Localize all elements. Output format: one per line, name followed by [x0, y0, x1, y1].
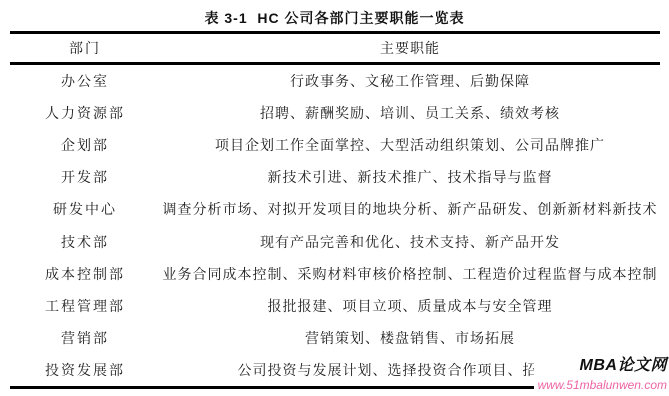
functions-cell: 现有产品完善和优化、技术支持、新产品开发	[160, 232, 660, 252]
department-cell: 办公室	[10, 71, 160, 91]
functions-cell: 营销策划、楼盘销售、市场拓展	[160, 328, 660, 348]
functions-cell: 新技术引进、新技术推广、技术指导与监督	[160, 167, 660, 187]
department-cell: 营销部	[10, 328, 160, 348]
table-row: 营销部 营销策划、楼盘销售、市场拓展	[10, 322, 660, 354]
table-row: 技术部 现有产品完善和优化、技术支持、新产品开发	[10, 225, 660, 257]
column-header-department: 部门	[10, 38, 160, 58]
department-cell: 成本控制部	[10, 264, 160, 284]
column-header-functions: 主要职能	[160, 38, 660, 58]
department-cell: 工程管理部	[10, 296, 160, 316]
departments-table: 部门 主要职能 办公室 行政事务、文秘工作管理、后勤保障 人力资源部 招聘、薪酬…	[10, 31, 660, 389]
department-cell: 人力资源部	[10, 103, 160, 123]
department-cell: 研发中心	[10, 199, 160, 219]
functions-cell: 调查分析市场、对拟开发项目的地块分析、新产品研发、创新新材料新技术	[160, 199, 660, 219]
table-header-row: 部门 主要职能	[10, 34, 660, 65]
table-row: 办公室 行政事务、文秘工作管理、后勤保障	[10, 65, 660, 97]
table-row: 人力资源部 招聘、薪酬奖励、培训、员工关系、绩效考核	[10, 97, 660, 129]
functions-cell: 行政事务、文秘工作管理、后勤保障	[160, 71, 660, 91]
table-row: 工程管理部 报批报建、项目立项、质量成本与安全管理	[10, 290, 660, 322]
document-page: 表 3-1 HC 公司各部门主要职能一览表 部门 主要职能 办公室 行政事务、文…	[0, 0, 669, 396]
table-row: 企划部 项目企划工作全面掌控、大型活动组织策划、公司品牌推广	[10, 129, 660, 161]
table-body: 办公室 行政事务、文秘工作管理、后勤保障 人力资源部 招聘、薪酬奖励、培训、员工…	[10, 65, 660, 389]
functions-cell: 项目企划工作全面掌控、大型活动组织策划、公司品牌推广	[160, 135, 660, 155]
department-cell: 技术部	[10, 232, 160, 252]
table-caption: 表 3-1 HC 公司各部门主要职能一览表	[0, 8, 669, 28]
department-cell: 企划部	[10, 135, 160, 155]
table-row: 开发部 新技术引进、新技术推广、技术指导与监督	[10, 161, 660, 193]
watermark: MBA论文网 www.51mbalunwen.com	[534, 355, 667, 392]
table-row: 研发中心 调查分析市场、对拟开发项目的地块分析、新产品研发、创新新材料新技术	[10, 193, 660, 225]
functions-cell: 招聘、薪酬奖励、培训、员工关系、绩效考核	[160, 103, 660, 123]
watermark-site-url: www.51mbalunwen.com	[534, 378, 667, 392]
department-cell: 开发部	[10, 167, 160, 187]
department-cell: 投资发展部	[10, 360, 160, 380]
functions-cell: 报批报建、项目立项、质量成本与安全管理	[160, 296, 660, 316]
table-row: 成本控制部 业务合同成本控制、采购材料审核价格控制、工程造价过程监督与成本控制	[10, 258, 660, 290]
watermark-site-name: MBA论文网	[534, 355, 667, 377]
functions-cell: 业务合同成本控制、采购材料审核价格控制、工程造价过程监督与成本控制	[160, 264, 660, 284]
